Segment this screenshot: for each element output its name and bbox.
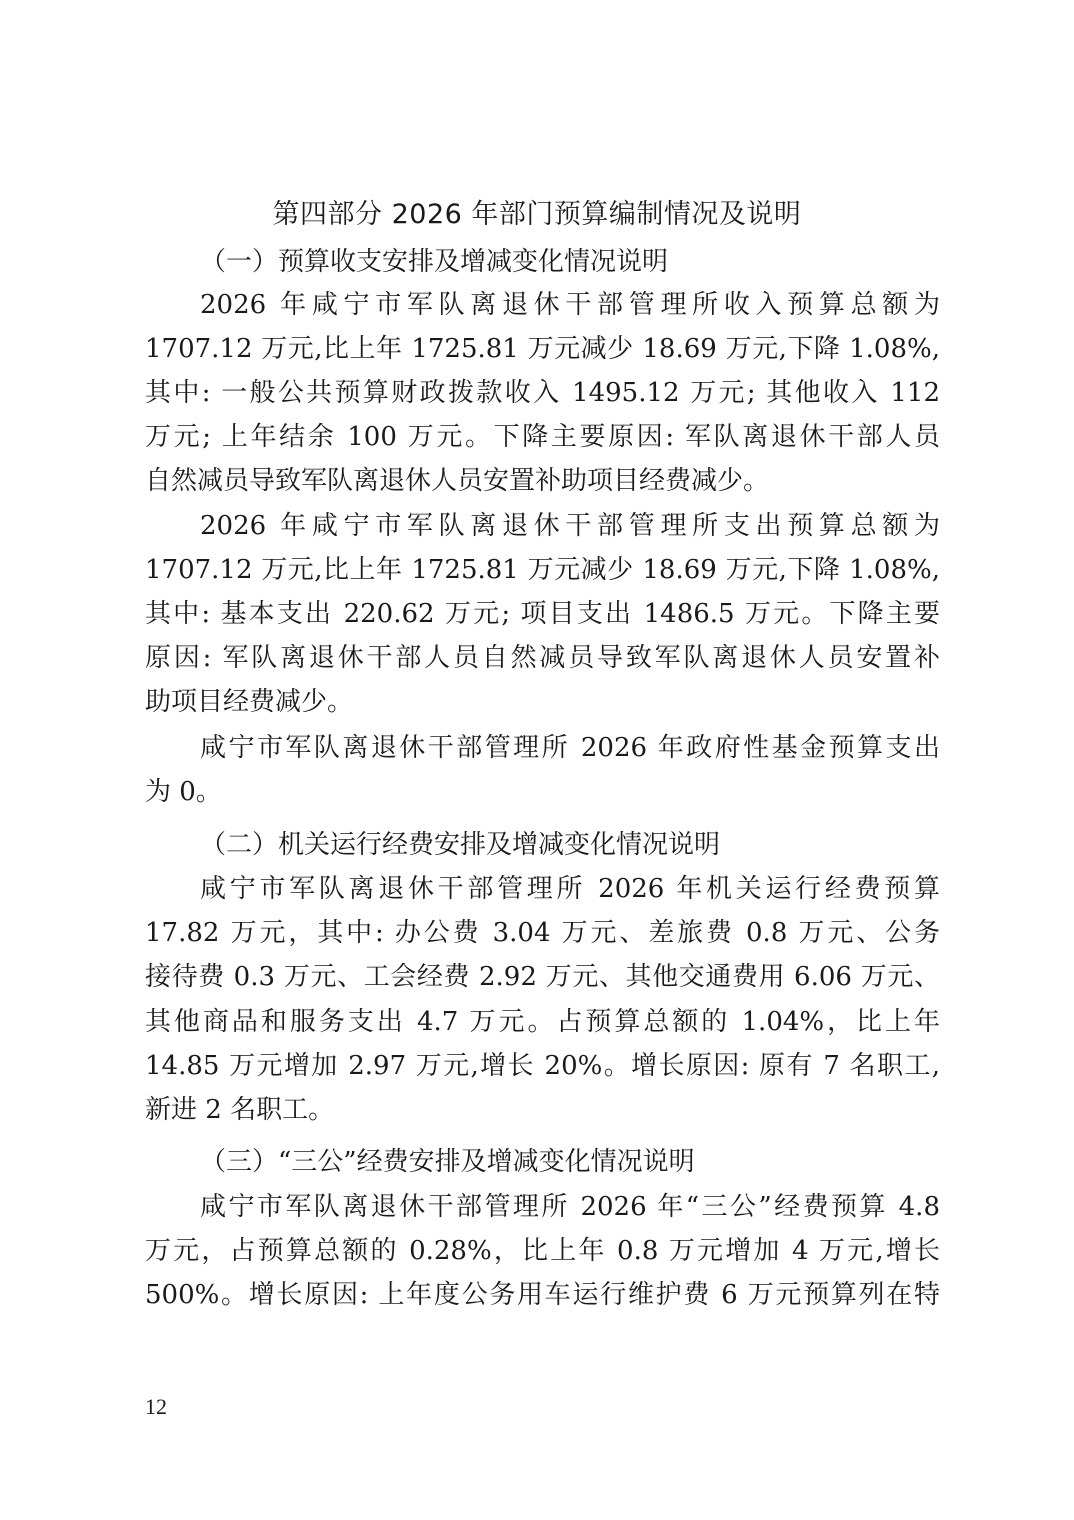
paragraph-line: 万元; 上年结余 100 万元。下降主要原因: 军队离退休干部人员: [145, 415, 940, 459]
section-heading-2: （二）机关运行经费安排及增减变化情况说明: [200, 823, 720, 867]
paragraph-line: 17.82 万元，其中: 办公费 3.04 万元、差旅费 0.8 万元、公务: [145, 911, 940, 955]
paragraph-line: 其中: 基本支出 220.62 万元; 项目支出 1486.5 万元。下降主要: [145, 592, 940, 636]
paragraph-line: 为 0。: [145, 770, 940, 814]
paragraph-line: 其中: 一般公共预算财政拨款收入 1495.12 万元; 其他收入 112: [145, 371, 940, 415]
paragraph-line: 自然减员导致军队离退休人员安置补助项目经费减少。: [145, 459, 940, 503]
paragraph-line: 原因: 军队离退休干部人员自然减员导致军队离退休人员安置补: [145, 636, 940, 680]
paragraph-line: 万元，占预算总额的 0.28%，比上年 0.8 万元增加 4 万元,增长: [145, 1229, 940, 1273]
paragraph-line: 咸宁市军队离退休干部管理所 2026 年机关运行经费预算: [200, 867, 940, 911]
page-number: 12: [145, 1393, 167, 1421]
paragraph-line: 咸宁市军队离退休干部管理所 2026 年政府性基金预算支出: [200, 726, 940, 770]
paragraph-line: 咸宁市军队离退休干部管理所 2026 年“三公”经费预算 4.8: [200, 1185, 940, 1229]
paragraph-line: 1707.12 万元,比上年 1725.81 万元减少 18.69 万元,下降 …: [145, 548, 940, 592]
paragraph-line: 助项目经费减少。: [145, 680, 940, 724]
document-page: 第四部分 2026 年部门预算编制情况及说明 （一）预算收支安排及增减变化情况说…: [0, 0, 1074, 1520]
paragraph-line: 14.85 万元增加 2.97 万元,增长 20%。增长原因: 原有 7 名职工…: [145, 1044, 940, 1088]
section-heading-3: （三）“三公”经费安排及增减变化情况说明: [200, 1140, 695, 1184]
paragraph-line: 1707.12 万元,比上年 1725.81 万元减少 18.69 万元,下降 …: [145, 327, 940, 371]
paragraph-line: 其他商品和服务支出 4.7 万元。占预算总额的 1.04%，比上年: [145, 1000, 940, 1044]
paragraph-line: 2026 年咸宁市军队离退休干部管理所收入预算总额为: [200, 283, 940, 327]
paragraph-line: 新进 2 名职工。: [145, 1088, 940, 1132]
paragraph-line: 2026 年咸宁市军队离退休干部管理所支出预算总额为: [200, 504, 940, 548]
paragraph-line: 500%。增长原因: 上年度公务用车运行维护费 6 万元预算列在特: [145, 1273, 940, 1317]
page-title: 第四部分 2026 年部门预算编制情况及说明: [0, 197, 1074, 233]
paragraph-line: 接待费 0.3 万元、工会经费 2.92 万元、其他交通费用 6.06 万元、: [145, 955, 940, 999]
section-heading-1: （一）预算收支安排及增减变化情况说明: [200, 240, 668, 284]
